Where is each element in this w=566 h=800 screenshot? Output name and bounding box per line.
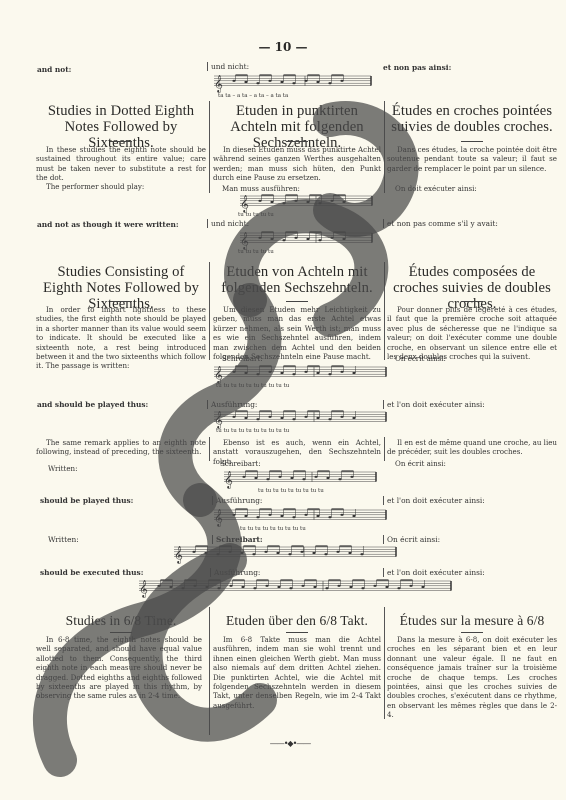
column-divider [209, 437, 210, 461]
text-eighth-sixteenths-de: Um diesen Etuden mehr Leichtigkeit zu ge… [213, 305, 381, 361]
title-rule [110, 301, 132, 302]
label-written-1: Written: [48, 464, 78, 473]
svg-text:𝄞: 𝄞 [139, 580, 148, 598]
title-eighth-sixteenths-de: Etuden von Achteln mit folgenden Sechsze… [213, 264, 381, 296]
music-staff-5: 𝄞 [200, 407, 390, 429]
label-on-doit-executer: On doit exécuter ainsi: [395, 184, 477, 193]
title-rule [286, 141, 308, 142]
text-six-eight-fr: Dans la mesure à 6-8, on doit exécuter l… [387, 635, 557, 720]
text-eighth-following-fr: Il en est de même quand une croche, au l… [387, 438, 557, 457]
syllables-5: tu tu tu tu tu tu tu tu tu tu [216, 428, 289, 434]
label-on-ecrit-ainsi-1: On écrit ainsi: [395, 354, 446, 363]
column-divider [384, 101, 385, 193]
syllables-4: tu tu tu tu tu tu tu tu tu tu [216, 383, 289, 389]
svg-text:𝄞: 𝄞 [240, 195, 249, 213]
column-divider [384, 262, 385, 360]
label-performer-should-play: The performer should play: [46, 182, 144, 191]
syllables-6: tu tu tu tu tu tu tu tu tu [258, 488, 324, 494]
title-rule [110, 632, 132, 633]
music-staff-2: 𝄞 [226, 191, 376, 213]
title-rule [461, 632, 483, 633]
music-staff-3: 𝄞 [226, 228, 376, 250]
title-rule [461, 301, 483, 302]
end-ornament: ——•◆•—— [250, 739, 330, 748]
column-divider [384, 607, 385, 719]
svg-text:𝄞: 𝄞 [214, 411, 223, 429]
text-eighth-following-en: The same remark applies to an eighth not… [36, 438, 206, 457]
syllables-3: tu tu tu tu tu [238, 249, 274, 255]
text-six-eight-en: In 6-8 time, the eighth notes should be … [36, 635, 202, 701]
text-dotted-eighth-en: In these studies the eighth note should … [36, 145, 206, 183]
svg-text:𝄞: 𝄞 [174, 546, 183, 564]
music-staff-9: 𝄞 [125, 576, 455, 602]
page-number: — 10 — [0, 40, 566, 54]
column-divider [209, 101, 210, 193]
svg-text:𝄞: 𝄞 [240, 232, 249, 250]
label-and-not-en: and not: [37, 65, 71, 74]
label-not-as-though-de: und nicht: [207, 219, 249, 228]
label-and-not-fr: et non pas ainsi: [383, 63, 451, 72]
label-played-thus-en: and should be played thus: [37, 400, 148, 409]
label-not-as-though-en: and not as though it were written: [37, 220, 179, 229]
column-divider [209, 607, 210, 735]
music-staff-6: 𝄞 [210, 467, 380, 489]
label-played-thus-fr: et l'on doit exécuter ainsi: [383, 400, 485, 409]
title-dotted-eighth-fr: Études en croches pointées suivies de do… [387, 103, 557, 135]
text-six-eight-de: Im 6-8 Takte muss man die Achtel ausführ… [213, 635, 381, 710]
text-dotted-eighth-fr: Dans ces études, la croche pointée doit … [387, 145, 557, 173]
column-divider [209, 262, 210, 360]
title-rule [110, 141, 132, 142]
label-and-not-de: und nicht: [207, 62, 249, 71]
svg-text:𝄞: 𝄞 [214, 366, 223, 384]
title-six-eight-fr: Études sur la mesure à 6/8 [387, 613, 557, 629]
syllables-1: ta ta – a ta – a ta – a ta ta [218, 93, 288, 99]
title-six-eight-en: Studies in 6/8 Time. [36, 613, 206, 629]
label-should-be-played-de: Ausführung: [212, 496, 262, 505]
svg-text:𝄞: 𝄞 [224, 471, 233, 489]
text-dotted-eighth-de: In diesen Etuden muss das punktirte Acht… [213, 145, 381, 183]
title-rule [286, 301, 308, 302]
svg-text:𝄞: 𝄞 [214, 509, 223, 527]
text-eighth-sixteenths-fr: Pour donner plus de légèreté à ces étude… [387, 305, 557, 361]
label-should-be-played-en: should be played thus: [40, 496, 133, 505]
column-divider [384, 437, 385, 461]
title-rule [286, 632, 308, 633]
syllables-7: tu tu tu tu tu tu tu tu tu [240, 526, 306, 532]
music-staff-4: 𝄞 [200, 362, 390, 384]
syllables-2: tu tu tu tu tu [238, 212, 274, 218]
music-staff-7: 𝄞 [200, 505, 390, 527]
label-on-ecrit-ainsi-2: On écrit ainsi: [395, 459, 446, 468]
music-staff-8: 𝄞 [160, 542, 400, 564]
music-staff-1: 𝄞 [200, 71, 375, 93]
svg-text:𝄞: 𝄞 [214, 75, 223, 93]
title-six-eight-de: Etuden über den 6/8 Takt. [213, 613, 381, 629]
title-rule [461, 141, 483, 142]
text-eighth-sixteenths-en: In order to impart lightness to these st… [36, 305, 206, 371]
label-written-2-en: Written: [48, 535, 79, 544]
label-not-as-though-fr: et non pas comme s'il y avait: [383, 219, 498, 228]
label-should-be-played-fr: et l'on doit exécuter ainsi: [383, 496, 485, 505]
